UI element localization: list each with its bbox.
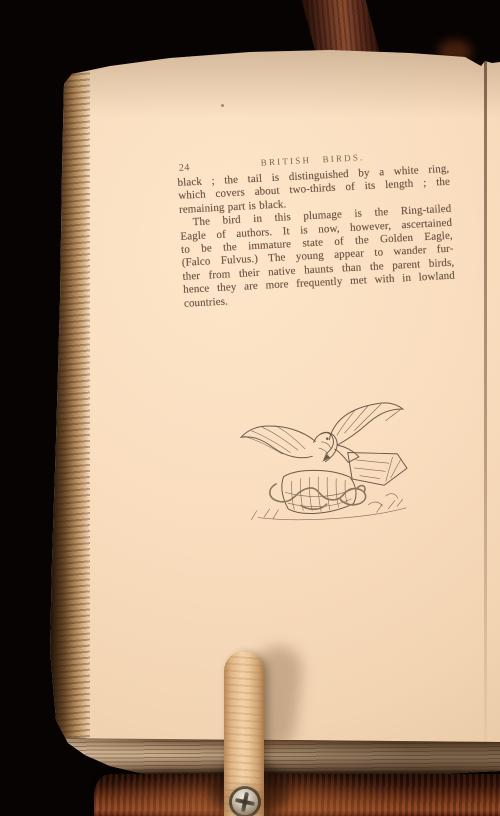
foxing-speck bbox=[221, 104, 224, 107]
stand-ledge bbox=[94, 774, 500, 816]
page-top-shade bbox=[50, 48, 500, 118]
book-fore-edge bbox=[48, 70, 90, 776]
page-number: 24 bbox=[179, 162, 191, 174]
body-text: black ; the tail is distinguished by a w… bbox=[177, 163, 456, 311]
book-page: 24 BRITISH BIRDS. black ; the tail is di… bbox=[176, 138, 468, 533]
eagle-engraving-illustration bbox=[236, 391, 421, 530]
page-gap bbox=[484, 60, 487, 762]
book-photograph: 24 BRITISH BIRDS. black ; the tail is di… bbox=[0, 0, 500, 816]
